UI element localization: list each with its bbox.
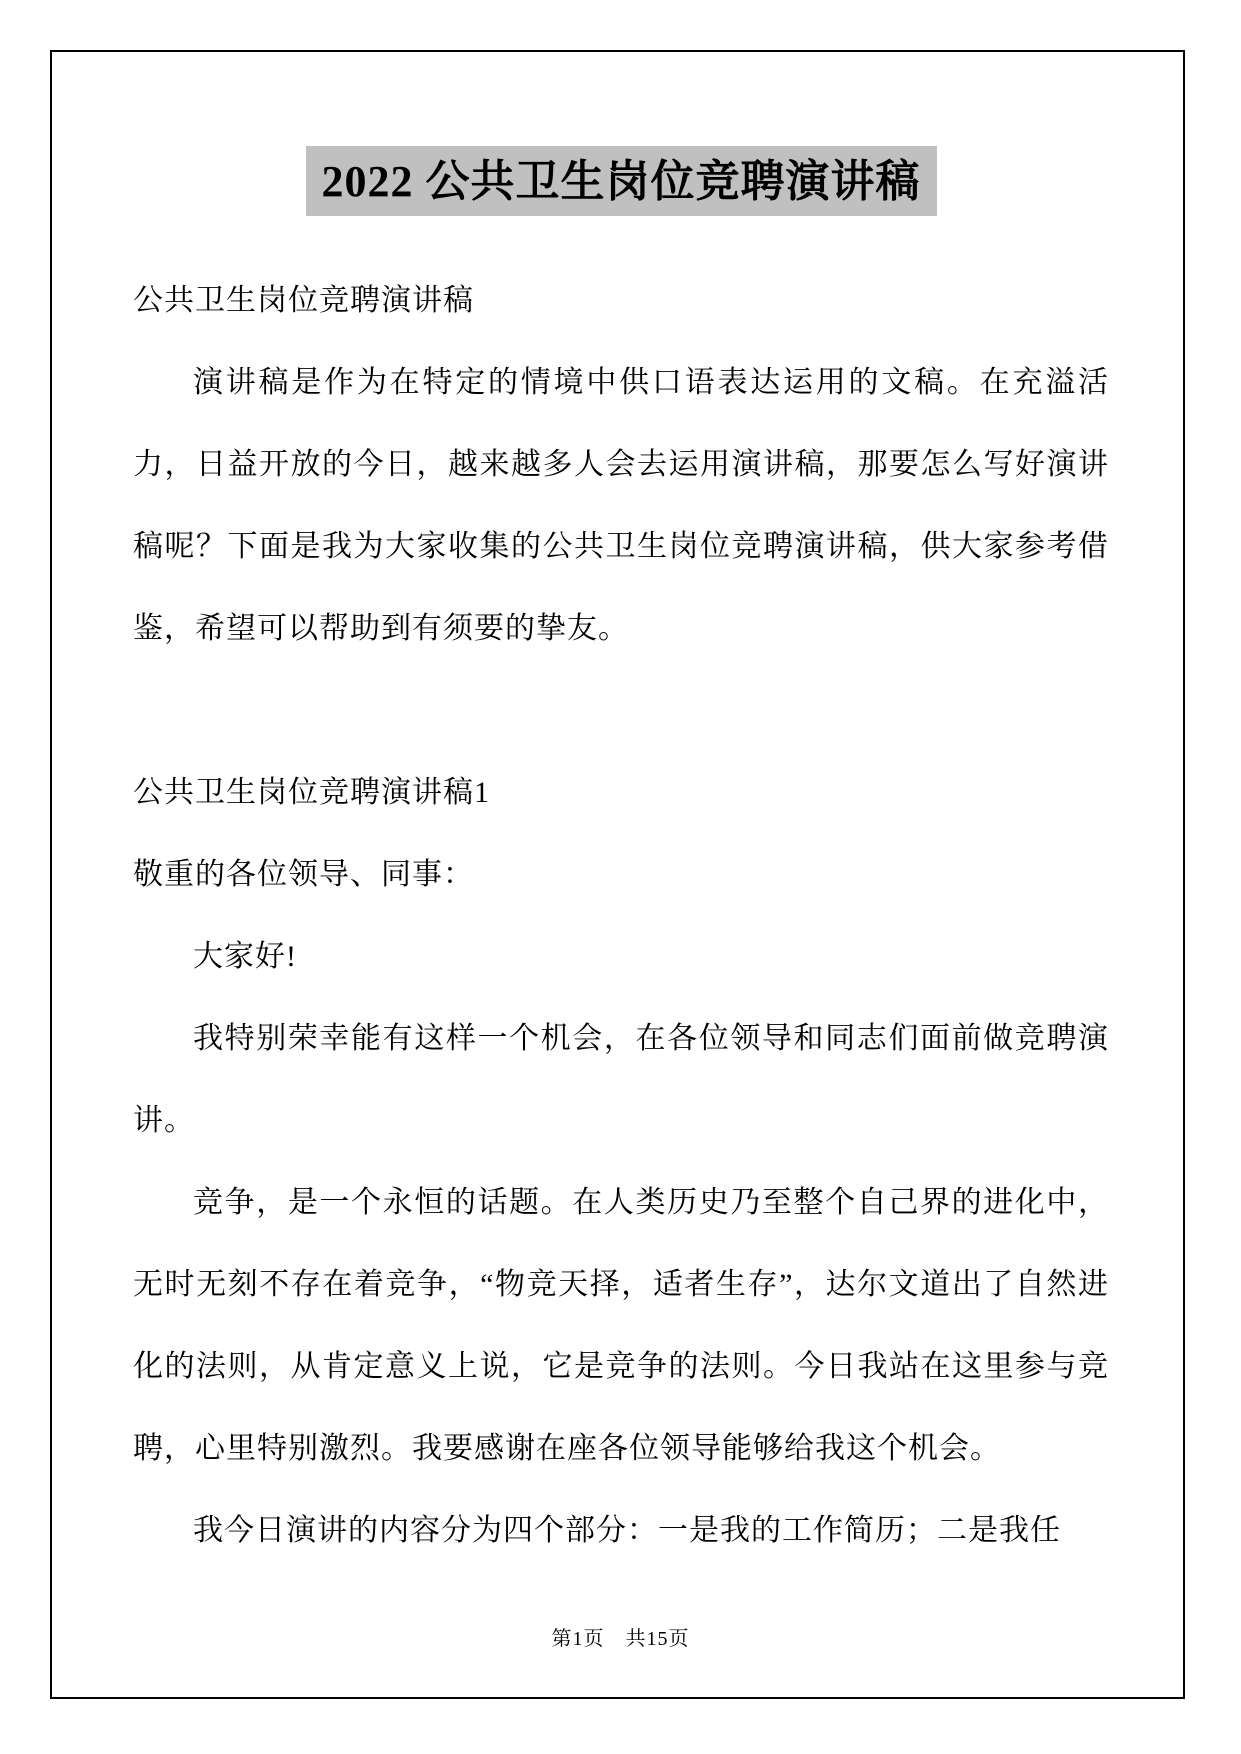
- body-paragraph: 公共卫生岗位竞聘演讲稿: [133, 260, 1109, 342]
- page-number: 第1页 共15页: [552, 1628, 690, 1650]
- body-paragraph: 演讲稿是作为在特定的情境中供口语表达运用的文稿。在充溢活力，日益开放的今日，越来…: [133, 342, 1109, 670]
- page-footer: 第1页 共15页: [0, 1622, 1241, 1651]
- body-paragraph: 我特别荣幸能有这样一个机会，在各位领导和同志们面前做竞聘演讲。: [133, 998, 1109, 1162]
- document-content: 2022 公共卫生岗位竞聘演讲稿 公共卫生岗位竞聘演讲稿演讲稿是作为在特定的情境…: [133, 146, 1109, 1572]
- title-highlight: 2022 公共卫生岗位竞聘演讲稿: [306, 146, 937, 216]
- document-title: 2022 公共卫生岗位竞聘演讲稿: [133, 146, 1109, 216]
- body-paragraph: 公共卫生岗位竞聘演讲稿1: [133, 752, 1109, 834]
- body-paragraph: 竞争，是一个永恒的话题。在人类历史乃至整个自己界的进化中，无时无刻不存在着竞争，…: [133, 1162, 1109, 1490]
- body-paragraphs: 公共卫生岗位竞聘演讲稿演讲稿是作为在特定的情境中供口语表达运用的文稿。在充溢活力…: [133, 260, 1109, 1572]
- body-paragraph: 大家好!: [133, 916, 1109, 998]
- blank-line: [133, 670, 1109, 752]
- body-paragraph: 敬重的各位领导、同事：: [133, 834, 1109, 916]
- body-paragraph: 我今日演讲的内容分为四个部分：一是我的工作简历；二是我任: [133, 1490, 1109, 1572]
